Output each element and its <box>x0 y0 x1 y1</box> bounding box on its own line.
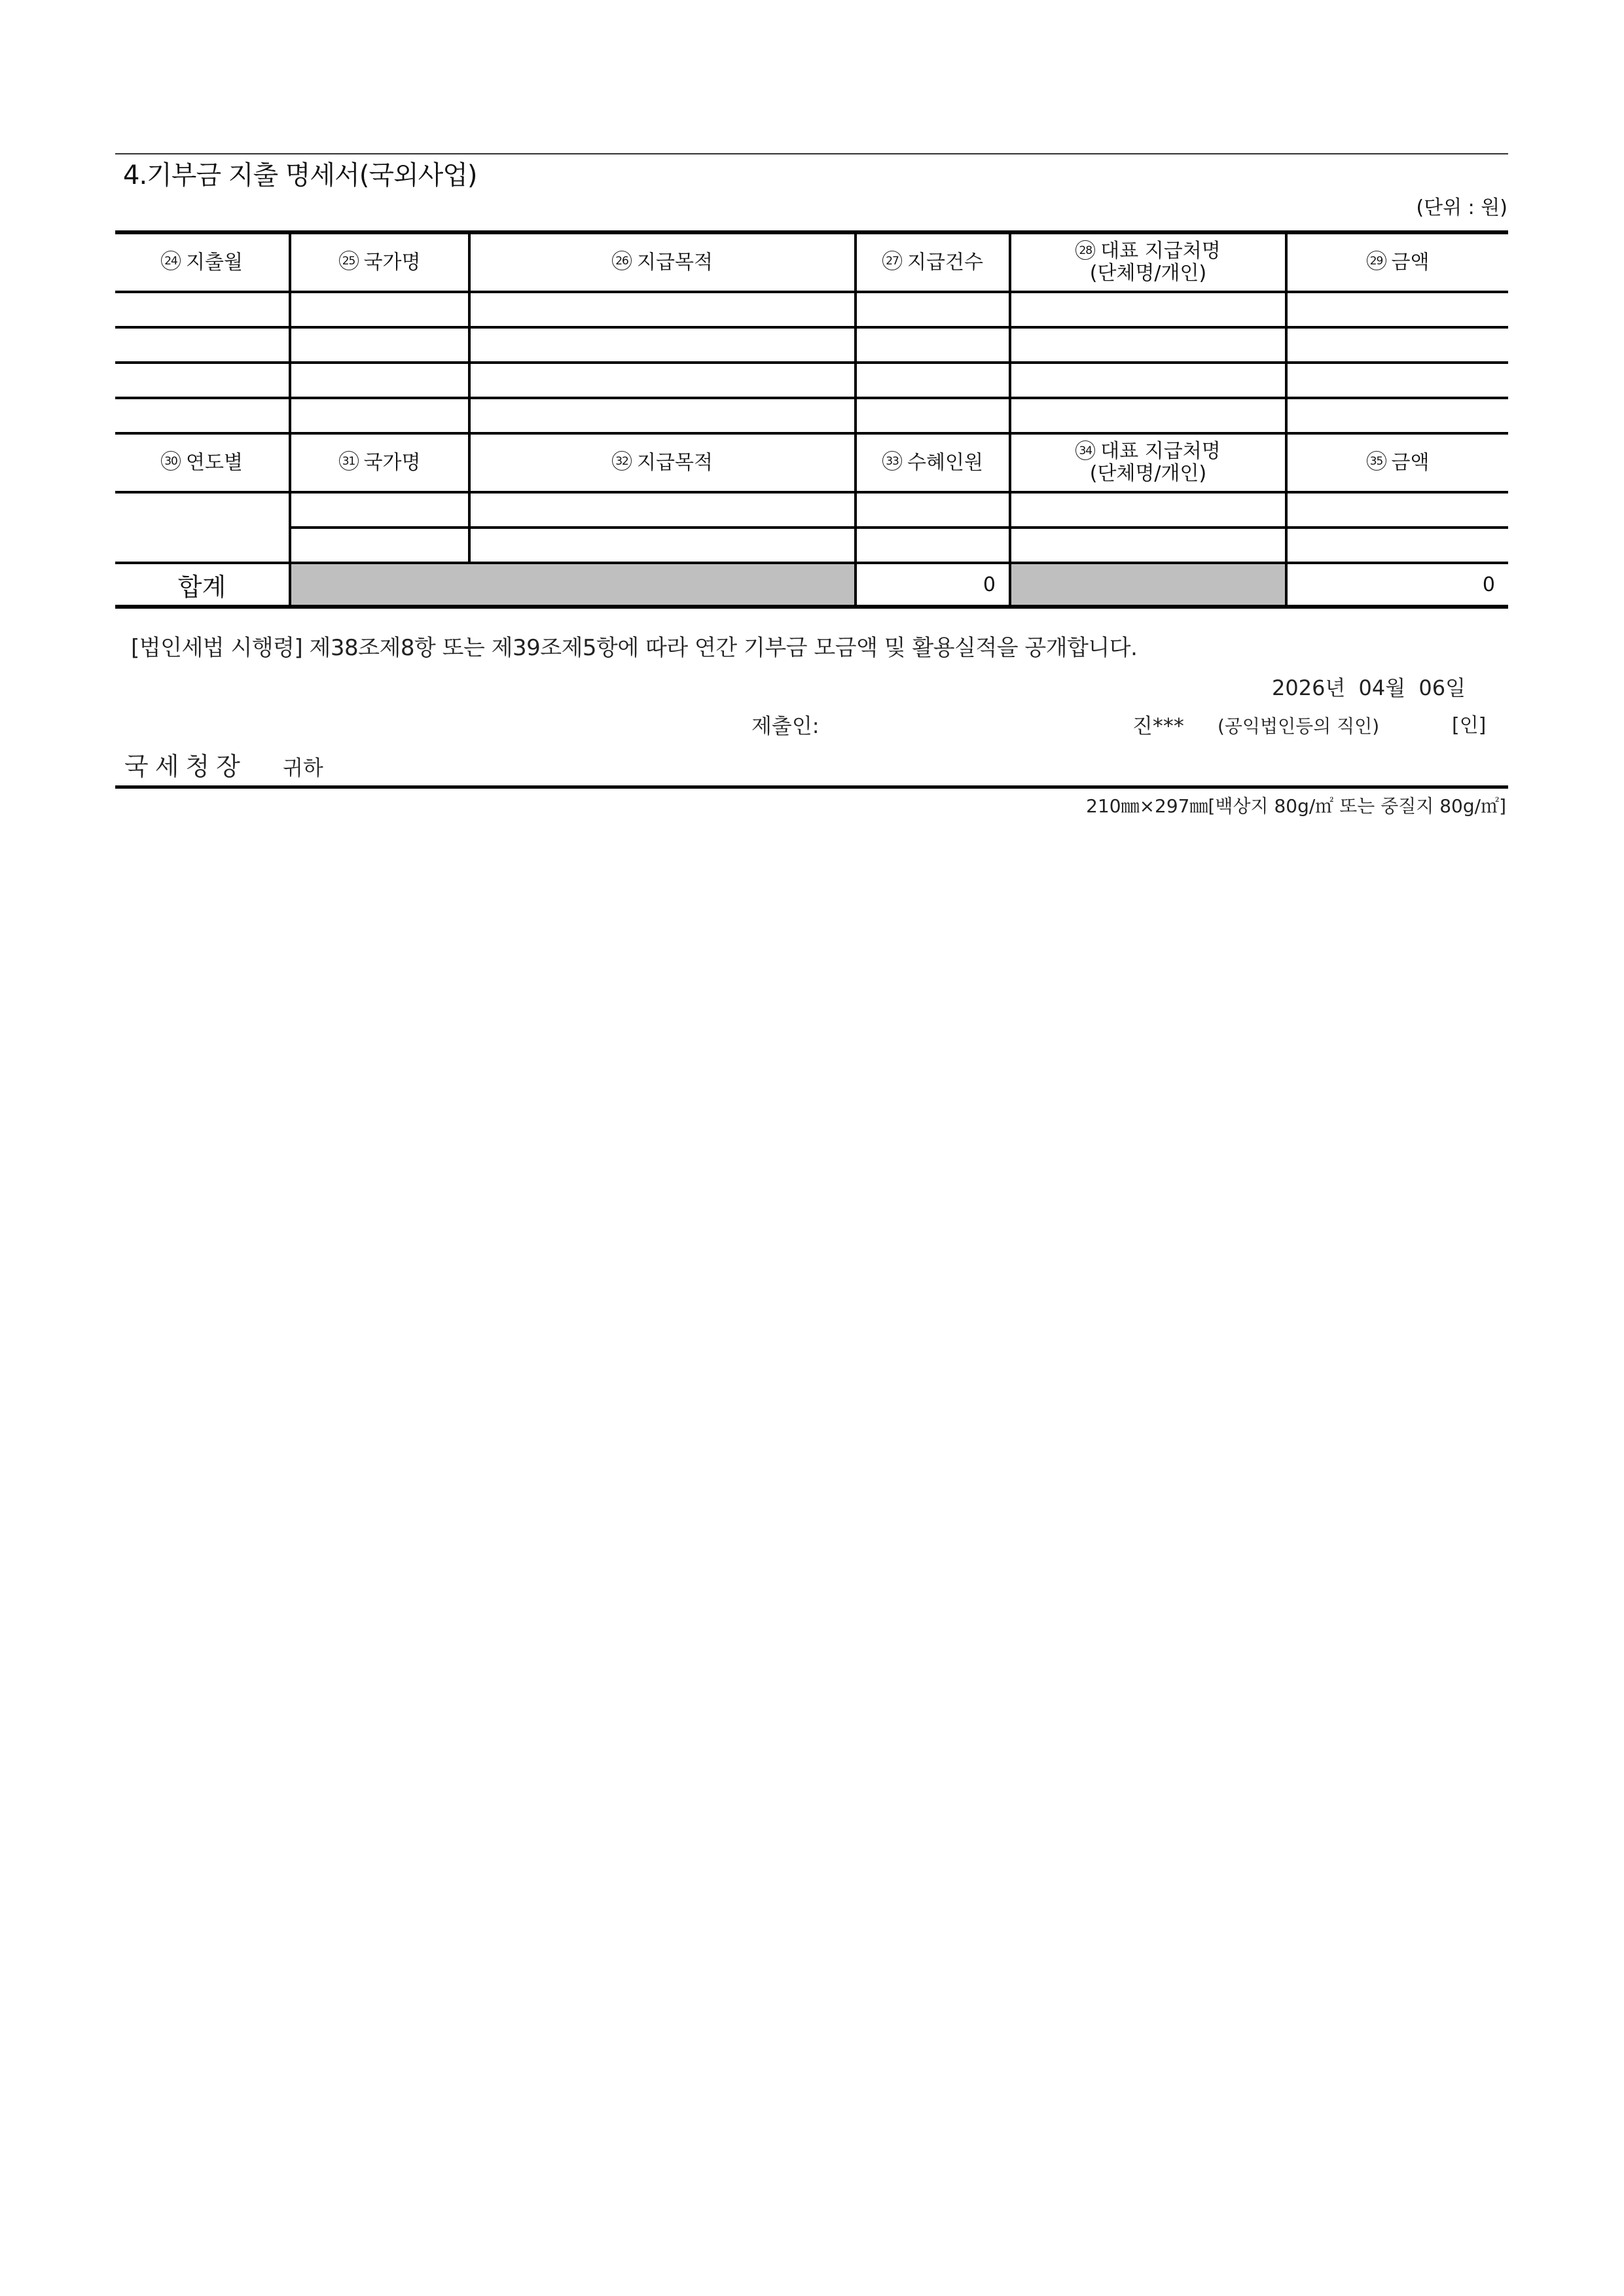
recipient: 국세청장 <box>124 750 247 783</box>
submitter-role: (공익법인등의 직인) <box>1218 713 1379 740</box>
circled-number: 27 <box>882 251 902 270</box>
col-header-amount: 29금액 <box>1286 232 1508 292</box>
cell-purpose[interactable] <box>469 327 856 363</box>
cell-count[interactable] <box>856 398 1010 433</box>
col-header-recipient: 28대표 지급처명(단체명/개인) <box>1010 232 1286 292</box>
cell-recipient[interactable] <box>1010 492 1286 528</box>
cell-beneficiaries[interactable] <box>856 528 1010 563</box>
total-label: 합계 <box>115 563 290 607</box>
circled-number: 30 <box>161 451 181 471</box>
cell-month[interactable] <box>115 327 290 363</box>
col-header-year: 30연도별 <box>115 433 290 492</box>
cell-recipient[interactable] <box>1010 327 1286 363</box>
donation-expenditure-table: 24지출월 25국가명 26지급목적 27지급건수 28대표 지급처명(단체명/… <box>115 230 1508 609</box>
table-row <box>115 327 1508 363</box>
cell-recipient[interactable] <box>1010 292 1286 327</box>
table-row <box>115 492 1508 528</box>
col-header-country: 25국가명 <box>290 232 469 292</box>
cell-purpose[interactable] <box>469 492 856 528</box>
cell-month[interactable] <box>115 398 290 433</box>
paper-spec: 210㎜×297㎜[백상지 80g/㎡ 또는 중질지 80g/㎡] <box>1086 793 1506 819</box>
col-header-country-2: 31국가명 <box>290 433 469 492</box>
table-row <box>115 292 1508 327</box>
circled-number: 32 <box>612 451 632 471</box>
cell-amount[interactable] <box>1286 327 1508 363</box>
cell-country[interactable] <box>290 492 469 528</box>
circled-number: 33 <box>882 451 902 471</box>
col-header-count: 27지급건수 <box>856 232 1010 292</box>
cell-country[interactable] <box>290 327 469 363</box>
cell-count[interactable] <box>856 363 1010 398</box>
document-page: 4.기부금 지출 명세서(국외사업) (단위 : 원) 24지출월 25국가명 … <box>0 0 1624 2296</box>
cell-count[interactable] <box>856 327 1010 363</box>
top-divider <box>115 153 1508 154</box>
cell-purpose[interactable] <box>469 398 856 433</box>
cell-count[interactable] <box>856 292 1010 327</box>
legal-statement: [법인세법 시행령] 제38조제8항 또는 제39조제5항에 따라 연간 기부금… <box>131 634 1137 662</box>
cell-amount[interactable] <box>1286 363 1508 398</box>
circled-number: 26 <box>612 251 632 270</box>
cell-country[interactable] <box>290 528 469 563</box>
circled-number: 34 <box>1075 440 1095 460</box>
cell-amount[interactable] <box>1286 292 1508 327</box>
cell-recipient[interactable] <box>1010 528 1286 563</box>
total-row: 합계 0 0 <box>115 563 1508 607</box>
cell-country[interactable] <box>290 363 469 398</box>
table-row <box>115 528 1508 563</box>
col-header-month: 24지출월 <box>115 232 290 292</box>
total-amount: 0 <box>1286 563 1508 607</box>
cell-amount[interactable] <box>1286 398 1508 433</box>
bottom-divider <box>115 785 1508 789</box>
circled-number: 28 <box>1075 240 1095 260</box>
cell-purpose[interactable] <box>469 292 856 327</box>
col-header-recipient-2: 34대표 지급처명(단체명/개인) <box>1010 433 1286 492</box>
col-header-amount-2: 35금액 <box>1286 433 1508 492</box>
cell-month[interactable] <box>115 363 290 398</box>
col-header-beneficiaries: 33수혜인원 <box>856 433 1010 492</box>
section-title: 4.기부금 지출 명세서(국외사업) <box>123 157 477 194</box>
unit-label: (단위 : 원) <box>1416 195 1507 221</box>
cell-country[interactable] <box>290 292 469 327</box>
cell-amount[interactable] <box>1286 492 1508 528</box>
col-header-purpose-2: 32지급목적 <box>469 433 856 492</box>
submitter-name: 진*** <box>1132 712 1184 740</box>
cell-country[interactable] <box>290 398 469 433</box>
total-shaded-cell <box>290 563 856 607</box>
total-count: 0 <box>856 563 1010 607</box>
cell-year[interactable] <box>115 492 290 563</box>
cell-beneficiaries[interactable] <box>856 492 1010 528</box>
circled-number: 35 <box>1367 451 1386 471</box>
cell-recipient[interactable] <box>1010 363 1286 398</box>
circled-number: 25 <box>339 251 359 270</box>
table-row <box>115 398 1508 433</box>
header-row-1: 24지출월 25국가명 26지급목적 27지급건수 28대표 지급처명(단체명/… <box>115 232 1508 292</box>
recipient-honorific: 귀하 <box>283 753 323 783</box>
submission-date: 2026년 04월 06일 <box>1272 674 1466 702</box>
total-shaded-cell <box>1010 563 1286 607</box>
col-header-purpose: 26지급목적 <box>469 232 856 292</box>
cell-purpose[interactable] <box>469 363 856 398</box>
cell-purpose[interactable] <box>469 528 856 563</box>
header-row-2: 30연도별 31국가명 32지급목적 33수혜인원 34대표 지급처명(단체명/… <box>115 433 1508 492</box>
cell-recipient[interactable] <box>1010 398 1286 433</box>
submitter-label: 제출인: <box>751 712 820 740</box>
cell-amount[interactable] <box>1286 528 1508 563</box>
seal-mark: [인] <box>1452 712 1486 740</box>
table-row <box>115 363 1508 398</box>
circled-number: 29 <box>1367 251 1386 270</box>
circled-number: 31 <box>339 451 359 471</box>
circled-number: 24 <box>161 251 181 270</box>
cell-month[interactable] <box>115 292 290 327</box>
